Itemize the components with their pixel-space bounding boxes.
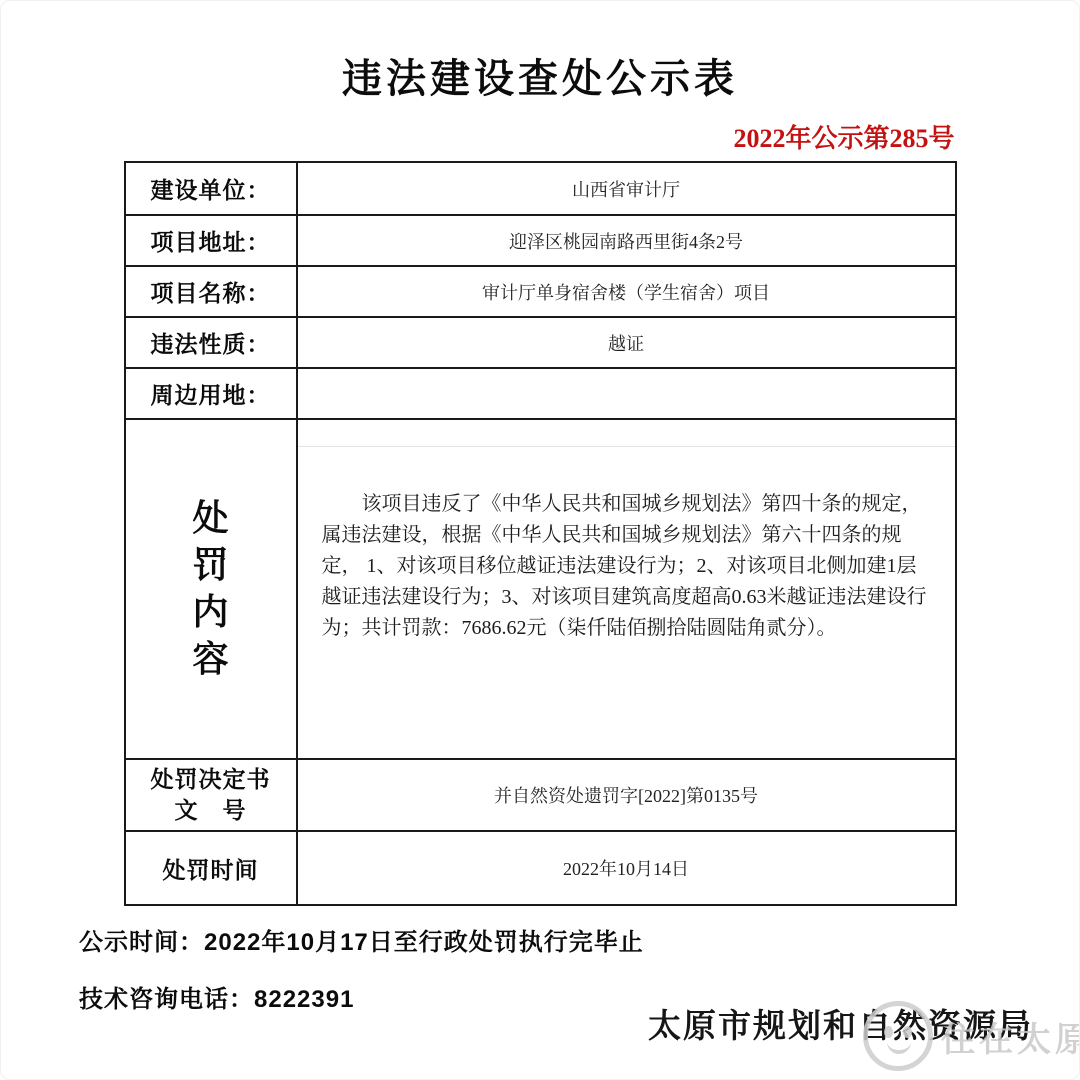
- row-label-decision-doc-number: 处罚决定书 文 号: [126, 758, 296, 830]
- row-label-punishment-content: 处 罚 内 容: [126, 418, 296, 758]
- scan-artifact-line: [298, 446, 955, 447]
- row-value-project-name: 审计厅单身宿舍楼（学生宿舍）项目: [296, 265, 955, 316]
- page-title: 违法建设查处公示表: [1, 47, 1079, 104]
- row-label-punishment-time: 处罚时间: [126, 830, 296, 904]
- row-value-decision-doc-number: 并自然资处遗罚字[2022]第0135号: [296, 758, 955, 830]
- punishment-label-char: 处: [192, 495, 228, 542]
- row-value-punishment-content: 该项目违反了《中华人民共和国城乡规划法》第四十条的规定，属违法建设，根据《中华人…: [296, 418, 955, 758]
- row-value-violation-nature: 越证: [296, 316, 955, 367]
- row-value-construction-unit: 山西省审计厅: [296, 163, 955, 214]
- notice-table: 建设单位： 山西省审计厅 项目地址： 迎泽区桃园南路西里街4条2号 项目名称： …: [124, 161, 957, 906]
- row-label-violation-nature: 违法性质：: [126, 316, 296, 367]
- notice-number: 2022年公示第285号: [124, 118, 957, 155]
- row-label-project-name: 项目名称：: [126, 265, 296, 316]
- issuing-agency: 太原市规划和自然资源局: [648, 1000, 1033, 1047]
- punishment-label-char: 容: [192, 636, 228, 683]
- row-label-construction-unit: 建设单位：: [126, 163, 296, 214]
- punishment-label-char: 内: [192, 589, 228, 636]
- row-label-project-address: 项目地址：: [126, 214, 296, 265]
- decision-label-line2: 文 号: [175, 795, 247, 826]
- row-value-surrounding-land: [296, 367, 955, 418]
- notice-document: 违法建设查处公示表 2022年公示第285号 建设单位： 山西省审计厅 项目地址…: [0, 0, 1080, 1080]
- row-value-project-address: 迎泽区桃园南路西里街4条2号: [296, 214, 955, 265]
- punishment-content-text: 该项目违反了《中华人民共和国城乡规划法》第四十条的规定，属违法建设，根据《中华人…: [322, 489, 931, 644]
- row-label-surrounding-land: 周边用地：: [126, 367, 296, 418]
- decision-label-line1: 处罚决定书: [151, 764, 271, 795]
- publicity-period-line: 公示时间：2022年10月17日至行政处罚执行完毕止: [79, 922, 1079, 957]
- punishment-label-char: 罚: [192, 542, 228, 589]
- row-value-punishment-time: 2022年10月14日: [296, 830, 955, 904]
